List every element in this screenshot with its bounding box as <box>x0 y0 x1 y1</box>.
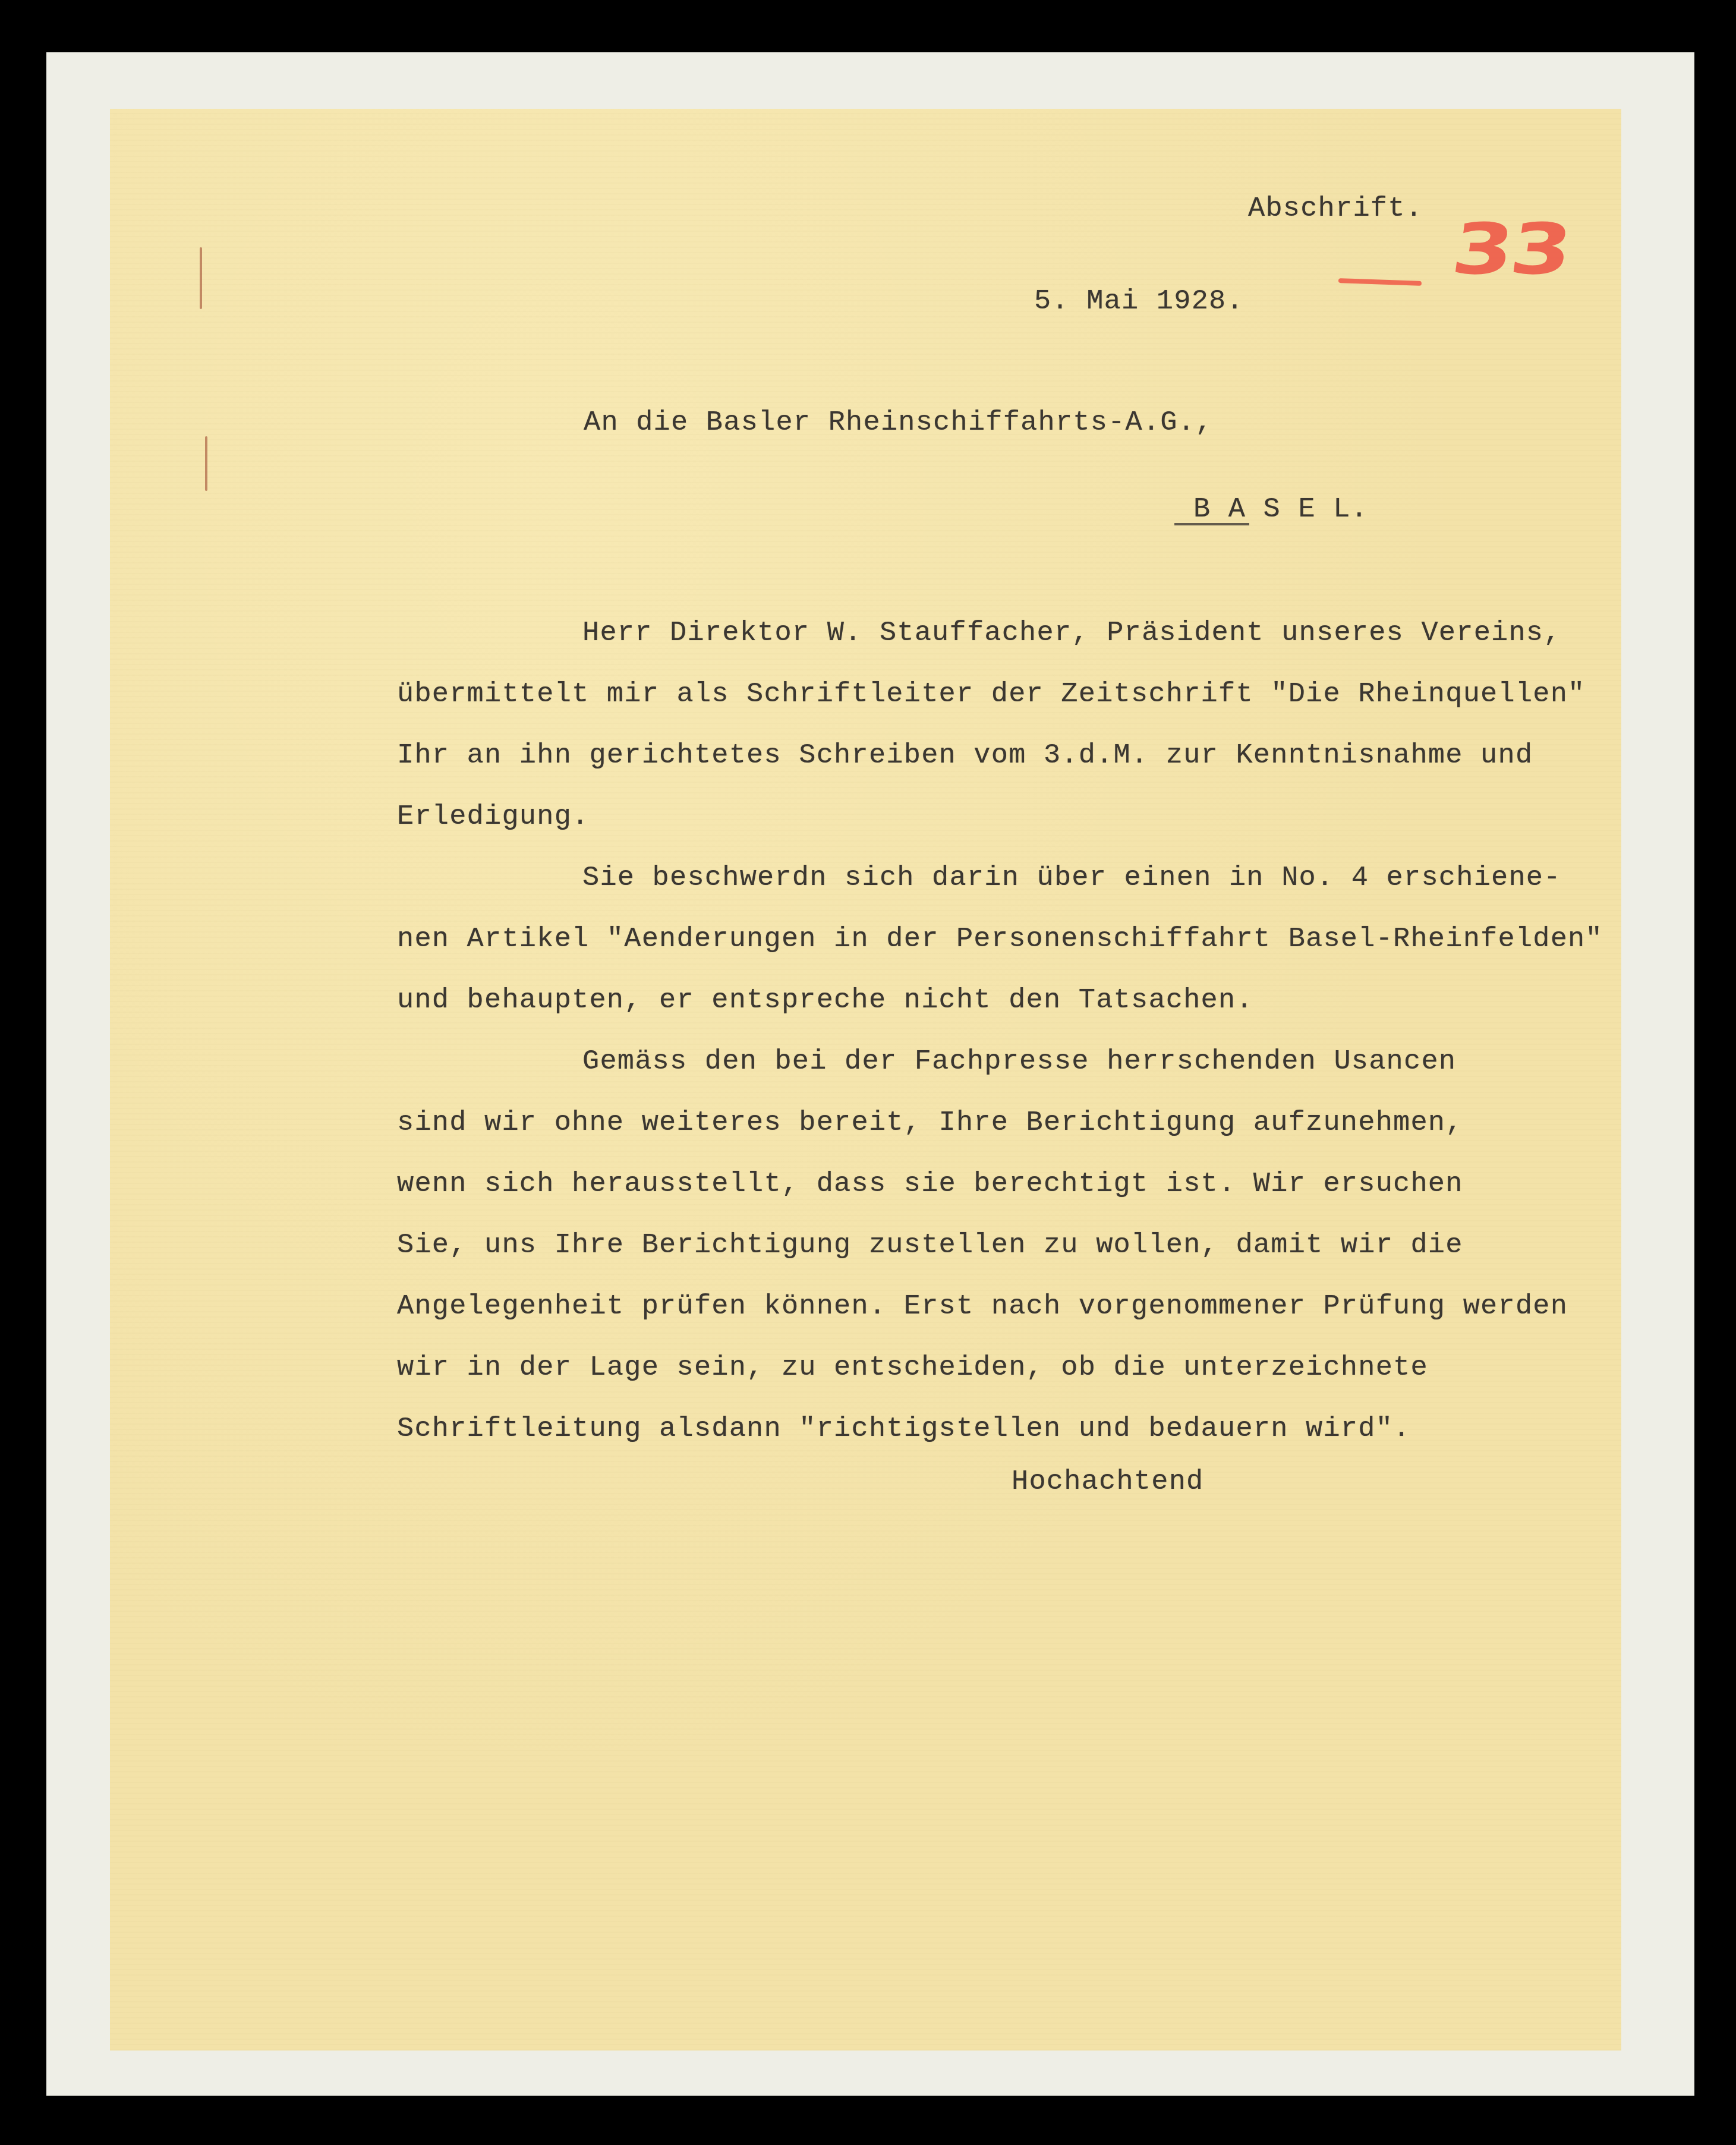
recipient-address: An die Basler Rheinschiffahrts-A.G., <box>584 409 1213 437</box>
body-line-1: Herr Direktor W. Stauffacher, Präsident … <box>582 619 1561 647</box>
copy-label: Abschrift. <box>1248 195 1423 223</box>
page-number-annotation: 33 <box>1448 214 1573 284</box>
margin-mark-upper <box>200 247 202 309</box>
body-line-11: Sie, uns Ihre Berichtigung zustellen zu … <box>397 1231 1463 1259</box>
body-line-13: wir in der Lage sein, zu entscheiden, ob… <box>397 1354 1428 1382</box>
margin-mark-lower <box>205 436 207 491</box>
letter-paper <box>110 109 1621 2050</box>
body-line-6: nen Artikel "Aenderungen in der Personen… <box>397 925 1603 953</box>
body-line-3: Ihr an ihn gerichtetes Schreiben vom 3.d… <box>397 742 1533 770</box>
body-line-14: Schriftleitung alsdann "richtigstellen u… <box>397 1415 1410 1443</box>
body-line-12: Angelegenheit prüfen können. Erst nach v… <box>397 1293 1568 1321</box>
body-line-9: sind wir ohne weiteres bereit, Ihre Beri… <box>397 1109 1463 1137</box>
body-line-8: Gemäss den bei der Fachpresse herrschend… <box>582 1048 1456 1076</box>
recipient-city: B A S E L. <box>1193 496 1368 524</box>
body-line-10: wenn sich herausstellt, dass sie berecht… <box>397 1170 1463 1198</box>
letter-date: 5. Mai 1928. <box>1034 288 1244 316</box>
recipient-city-underline <box>1174 523 1249 525</box>
body-line-5: Sie beschwerdn sich darin über einen in … <box>582 864 1561 892</box>
closing-salutation: Hochachtend <box>1012 1468 1203 1496</box>
body-line-2: übermittelt mir als Schriftleiter der Ze… <box>397 681 1586 708</box>
body-line-7: und behaupten, er entspreche nicht den T… <box>397 987 1253 1015</box>
body-line-4: Erledigung. <box>397 803 589 831</box>
